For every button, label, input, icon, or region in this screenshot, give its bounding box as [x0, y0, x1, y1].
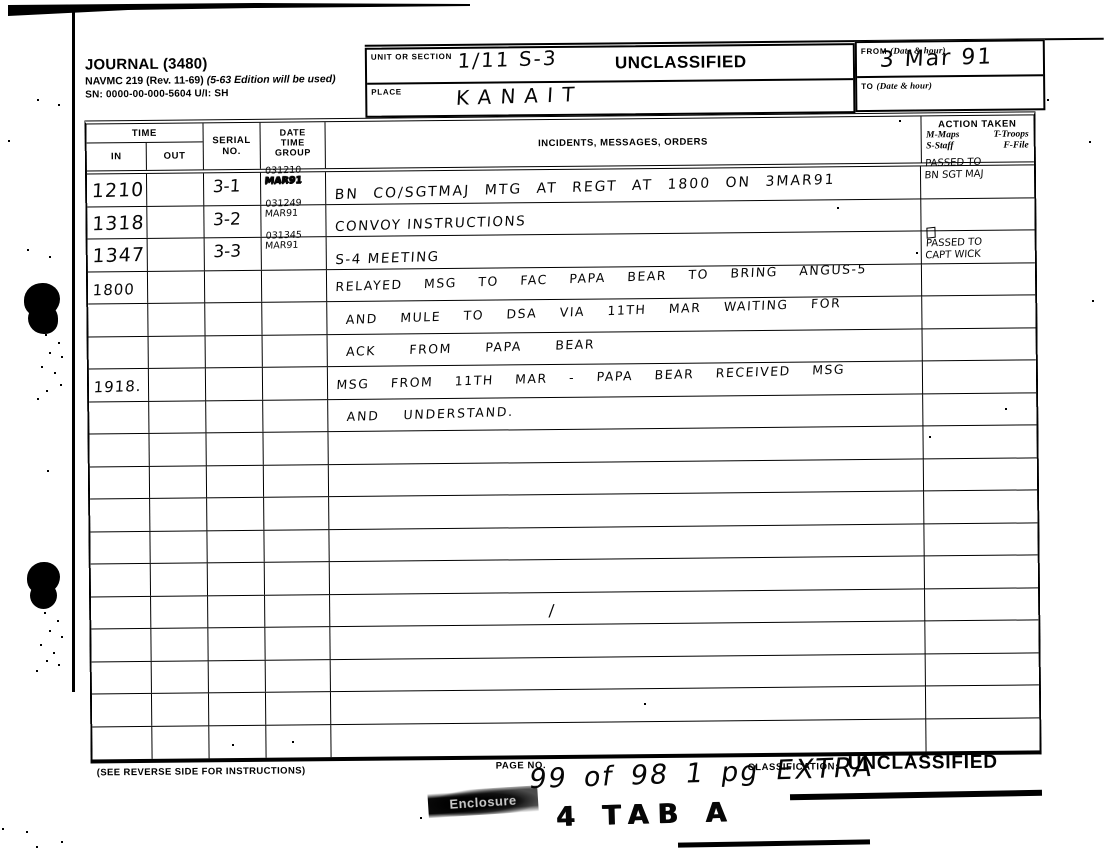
cell-incidents [330, 556, 926, 593]
incident-entry: S-4 MEETING [335, 248, 440, 267]
cell-serial [207, 530, 265, 562]
cell-dtg: 031345MAR91 [262, 237, 327, 269]
scan-noise-specks [0, 0, 2, 2]
cell-out [148, 336, 205, 368]
cell-dtg [266, 627, 331, 659]
cell-out [150, 498, 207, 530]
cell-incidents [331, 686, 927, 723]
cell-out [148, 303, 205, 335]
serial-value: 3-3 [212, 241, 241, 262]
cell-out [152, 726, 209, 759]
cell-in [89, 434, 149, 466]
cell-incidents [331, 719, 927, 757]
cell-dtg [264, 432, 329, 464]
cell-dtg [266, 692, 331, 724]
journal-table: TIME IN OUT SERIALNO. DATETIMEGROUP INCI… [84, 111, 1041, 763]
cell-incidents [331, 654, 927, 691]
cell-out [151, 628, 208, 660]
cell-in [89, 401, 149, 433]
cell-incidents [329, 524, 925, 561]
reverse-side-note: (SEE REVERSE SIDE FOR INSTRUCTIONS) [97, 765, 306, 778]
action-entry: PASSED TOCAPT WICK [925, 224, 1033, 262]
cell-action [925, 588, 1038, 621]
dtg-value: 031249MAR91 [265, 197, 327, 219]
cell-out [147, 238, 204, 270]
classification: CLASSIFICATION: UNCLASSIFIED [748, 752, 998, 776]
form-identification: JOURNAL (3480) NAVMC 219 (Rev. 11-69) (5… [85, 54, 336, 100]
cell-dtg [265, 530, 330, 562]
cell-serial [204, 270, 262, 302]
cell-in [91, 564, 151, 596]
cell-action [925, 555, 1038, 588]
enclosure-stamp: Enclosure [427, 785, 538, 818]
cell-incidents: CONVOY INSTRUCTIONS [326, 199, 922, 236]
from-value: 3 Mar 91 [879, 44, 994, 73]
cell-dtg [265, 562, 330, 594]
col-header-time: TIME IN OUT [87, 123, 204, 170]
cell-incidents [330, 621, 926, 658]
cell-incidents: ACK FROM PAPA BEAR [328, 329, 924, 366]
cell-dtg [265, 595, 330, 627]
place-value: KANAIT [455, 82, 584, 110]
cell-out [149, 401, 206, 433]
col-header-dtg: DATETIMEGROUP [261, 122, 326, 169]
cell-out [150, 563, 207, 595]
cell-dtg [263, 335, 328, 367]
to-row: TO (Date & hour) [857, 76, 1043, 111]
incident-entry: AND UNDERSTAND. [346, 404, 514, 424]
stray-pen-mark: / [548, 601, 554, 620]
cell-out [151, 596, 208, 628]
time-in-value: 1918. [93, 377, 142, 397]
cell-action [926, 653, 1039, 686]
cell-action [927, 718, 1040, 752]
cell-incidents: AND UNDERSTAND. [328, 394, 924, 431]
to-label: TO (Date & hour) [861, 80, 932, 91]
cell-in: 1347 [88, 239, 148, 271]
unit-place-box: UNIT OR SECTION 1/11 S-3 UNCLASSIFIED PL… [365, 43, 856, 118]
classification-label: CLASSIFICATION: [748, 761, 839, 773]
cell-in [92, 694, 152, 726]
col-header-out: OUT [147, 142, 203, 170]
cell-action [926, 685, 1039, 718]
incident-entry: MSG FROM 11TH MAR - PAPA BEAR RECEIVED M… [336, 361, 845, 392]
cell-dtg [264, 465, 329, 497]
time-in-value: 1210 [91, 179, 145, 203]
cell-in [91, 629, 151, 661]
cell-in [90, 466, 150, 498]
cell-out [147, 206, 204, 238]
time-in-value: 1800 [92, 280, 135, 299]
cell-in: 1918. [89, 369, 149, 401]
cell-action [924, 393, 1037, 426]
cell-serial [209, 725, 267, 758]
cell-incidents: BN CO/SGTMAJ MTG AT REGT AT 1800 ON 3MAR… [326, 166, 922, 203]
place-row: PLACE KANAIT [367, 80, 853, 118]
cell-serial [208, 595, 266, 627]
col-header-incidents: INCIDENTS, MESSAGES, ORDERS [326, 116, 922, 168]
unit-section-value: 1/11 S-3 [457, 46, 558, 73]
cell-action [925, 523, 1038, 556]
cell-serial [205, 303, 263, 335]
cell-action [922, 263, 1035, 296]
cell-in [91, 596, 151, 628]
unit-classification: UNCLASSIFIED [615, 52, 747, 73]
cell-action [925, 490, 1038, 523]
cell-serial [206, 465, 264, 497]
form-stock-number: SN: 0000-00-000-5604 U/I: SH [85, 87, 336, 100]
cell-serial [207, 498, 265, 530]
cell-serial [207, 563, 265, 595]
cell-serial [205, 368, 263, 400]
cell-serial: 3-1 [203, 173, 261, 205]
cell-in [89, 336, 149, 368]
checkbox-mark [927, 227, 936, 239]
cell-dtg [263, 367, 328, 399]
scanned-journal-page: JOURNAL (3480) NAVMC 219 (Rev. 11-69) (5… [0, 0, 1107, 850]
cell-dtg [263, 302, 328, 334]
cell-action: PASSED TOCAPT WICK [922, 230, 1035, 263]
cell-action [923, 295, 1036, 328]
cell-out [150, 466, 207, 498]
form-subtitle: NAVMC 219 (Rev. 11-69) (5-63 Edition wil… [85, 73, 336, 87]
cell-dtg [264, 497, 329, 529]
cell-action [923, 328, 1036, 361]
cell-incidents [329, 459, 925, 496]
incident-entry: ACK FROM PAPA BEAR [346, 336, 596, 359]
place-label: PLACE [371, 87, 402, 96]
tab-annotation: 4 TAB A [555, 797, 735, 833]
cell-dtg [267, 725, 332, 758]
cell-serial [206, 433, 264, 465]
cell-dtg [262, 270, 327, 302]
form-title: JOURNAL (3480) [85, 54, 336, 73]
serial-value: 3-2 [212, 209, 241, 230]
cell-action [926, 620, 1039, 653]
cell-in [90, 531, 150, 563]
cell-out [149, 433, 206, 465]
time-in-value: 1347 [92, 244, 146, 268]
cell-out [150, 531, 207, 563]
action-entry: PASSED TOBN SGT MAJ [925, 155, 1033, 182]
unit-section-label: UNIT OR SECTION [371, 52, 452, 62]
cell-in: 1318 [87, 206, 147, 238]
from-row: FROM (Date & hour) 3 Mar 91 [857, 41, 1043, 78]
cell-in [90, 499, 150, 531]
col-header-in: IN [87, 143, 147, 171]
cell-in [92, 661, 152, 693]
dtg-value: 031345MAR91 [265, 230, 327, 252]
cell-dtg [263, 400, 328, 432]
col-header-serial: SERIALNO. [203, 123, 261, 170]
cell-serial [205, 335, 263, 367]
cell-serial: 3-3 [204, 238, 262, 270]
cell-incidents [329, 491, 925, 528]
dtg-value: 031210MAR91 [264, 165, 326, 187]
cell-in: 1210 [87, 174, 147, 206]
from-to-box: FROM (Date & hour) 3 Mar 91 TO (Date & h… [855, 39, 1046, 112]
cell-in: 1800 [88, 271, 148, 303]
cell-incidents: AND MULE TO DSA VIA 11TH MAR WAITING FOR [327, 296, 923, 333]
cell-dtg [266, 660, 331, 692]
classification-value: UNCLASSIFIED [848, 752, 998, 775]
cell-in [88, 304, 148, 336]
cell-action: PASSED TOBN SGT MAJ [921, 165, 1034, 198]
cell-serial [208, 693, 266, 725]
cell-in [92, 726, 152, 759]
cell-out [151, 661, 208, 693]
cell-action [924, 458, 1037, 491]
cell-incidents: / [330, 589, 926, 626]
incident-entry: CONVOY INSTRUCTIONS [335, 213, 527, 235]
cell-out [152, 693, 209, 725]
cell-incidents: MSG FROM 11TH MAR - PAPA BEAR RECEIVED M… [328, 361, 924, 398]
unit-section-row: UNIT OR SECTION 1/11 S-3 UNCLASSIFIED [367, 45, 853, 85]
cell-incidents [328, 426, 924, 463]
cell-serial [208, 628, 266, 660]
time-in-value: 1318 [92, 211, 146, 235]
serial-value: 3-1 [212, 176, 241, 197]
cell-serial [206, 400, 264, 432]
incident-entry: BN CO/SGTMAJ MTG AT REGT AT 1800 ON 3MAR… [334, 171, 836, 202]
cell-action [923, 360, 1036, 393]
cell-action [924, 425, 1037, 458]
cell-out [148, 271, 205, 303]
cell-serial: 3-2 [204, 205, 262, 237]
cell-serial [208, 660, 266, 692]
cell-out [147, 173, 204, 205]
cell-out [149, 368, 206, 400]
journal-form: JOURNAL (3480) NAVMC 219 (Rev. 11-69) (5… [0, 0, 1107, 850]
journal-table-header: TIME IN OUT SERIALNO. DATETIMEGROUP INCI… [87, 115, 1034, 174]
